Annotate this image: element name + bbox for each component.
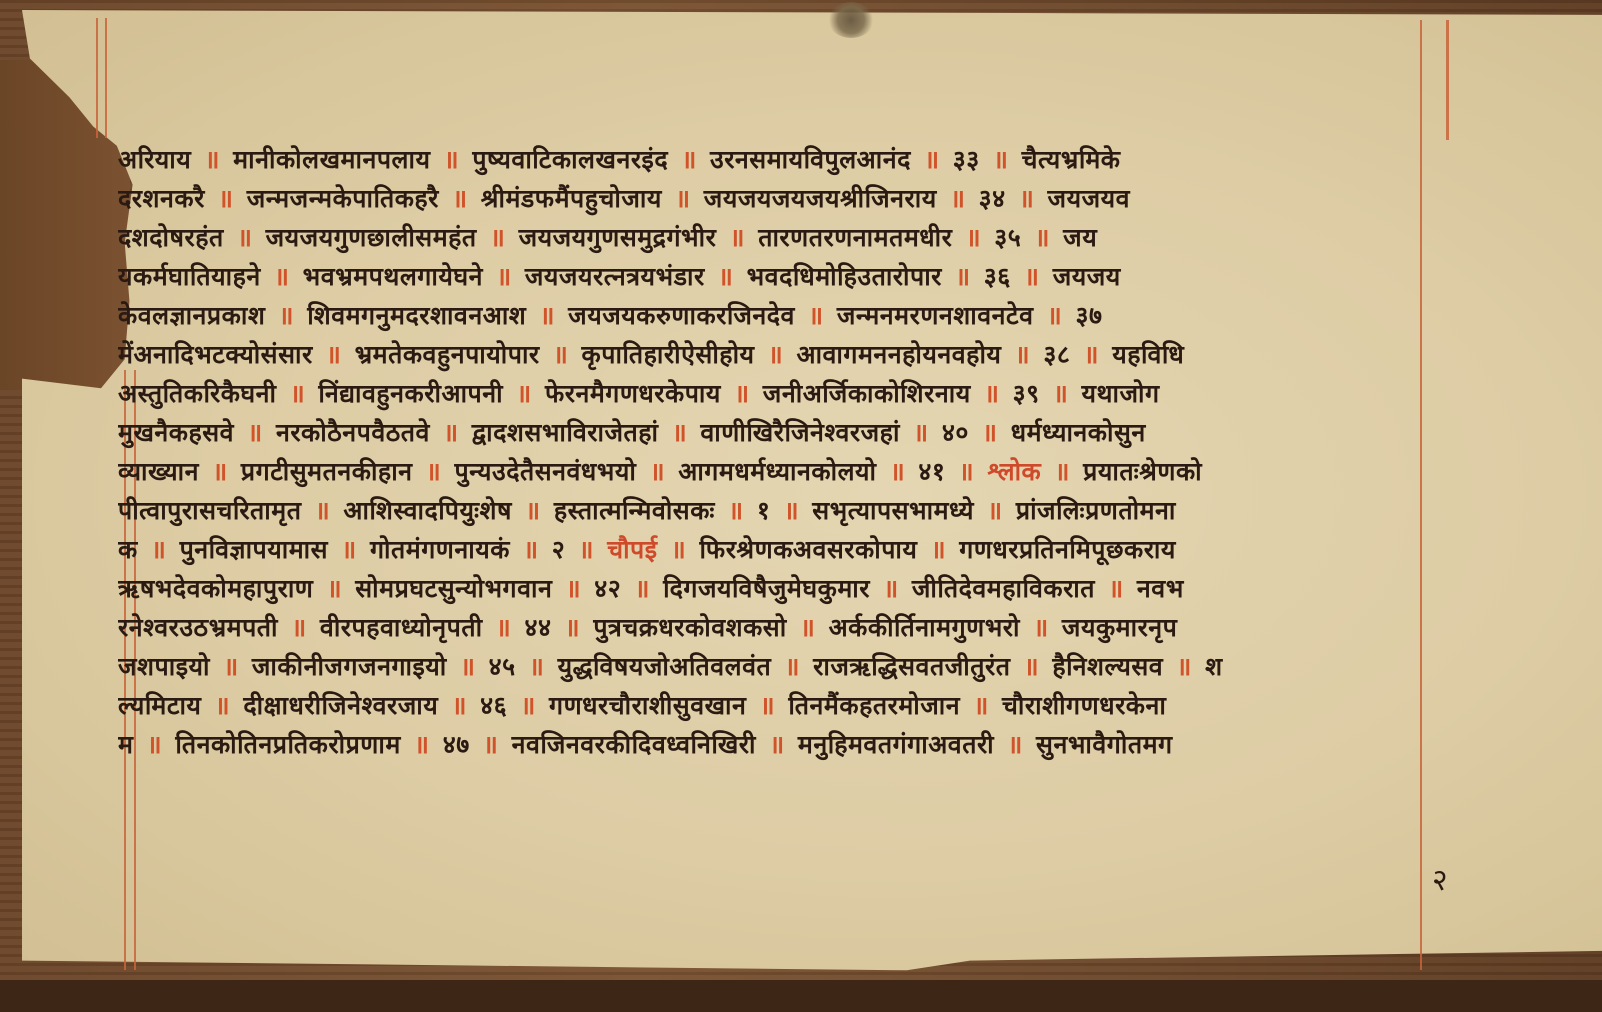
left-margin-rule-outer [96, 18, 98, 138]
folio-number: २ [1432, 858, 1448, 899]
text-line-8: मुखनैकहसवे ॥ नरकोठैनपवैठतवे ॥ द्वादशसभाव… [118, 413, 1438, 452]
text-line-6: मेंअनादिभटक्योसंसार ॥ भ्रमतेकवहुनपायोपार… [118, 335, 1438, 374]
right-margin-rule-inner [1446, 20, 1449, 140]
text-line-5: केवलज्ञानप्रकाश ॥ शिवमगनुमदरशावनआश ॥ जयज… [118, 296, 1438, 335]
ink-blot-stain [828, 2, 874, 38]
bottom-wood-edge [0, 980, 1602, 1012]
text-line-14: जशपाइयो ॥ जाकीनीजगजनगाइयो ॥ ४५ ॥ युद्धवि… [118, 647, 1438, 686]
text-line-10: पीत्वापुरासचरितामृत ॥ आशिस्वादपियुःशेष ॥… [118, 491, 1438, 530]
text-line-2: दरशनकरै ॥ जन्मजन्मकेपातिकहरै ॥ श्रीमंडफम… [118, 179, 1438, 218]
text-line-11: क ॥ पुनविज्ञापयामास ॥ गोतमंगणनायकं ॥ २ ॥… [118, 530, 1438, 569]
text-line-12: ऋषभदेवकोमहापुराण ॥ सोमप्रघटसुन्योभगवान ॥… [118, 569, 1438, 608]
text-line-16: म ॥ तिनकोतिनप्रतिकरोप्रणाम ॥ ४७ ॥ नवजिनव… [118, 725, 1438, 764]
text-line-3: दशदोषरहंत ॥ जयजयगुणछालीसमहंत ॥ जयजयगुणसम… [118, 218, 1438, 257]
text-line-4: यकर्मघातियाहने ॥ भवभ्रमपथलगायेघने ॥ जयजय… [118, 257, 1438, 296]
text-line-9: व्याख्यान ॥ प्रगटीसुमतनकीहान ॥ पुन्यउदेत… [118, 452, 1438, 491]
text-line-13: रनेश्वरउठभ्रमपती ॥ वीरपहवाध्योनृपती ॥ ४४… [118, 608, 1438, 647]
text-line-1: अरियाय ॥ मानीकोलखमानपलाय ॥ पुष्यवाटिकालख… [118, 140, 1438, 179]
text-line-7: अस्तुतिकरिकैघनी ॥ निंद्यावहुनकरीआपनी ॥ फ… [118, 374, 1438, 413]
text-line-15: ल्यमिटाय ॥ दीक्षाधरीजिनेश्वरजाय ॥ ४६ ॥ ग… [118, 686, 1438, 725]
manuscript-text-block: अरियाय ॥ मानीकोलखमानपलाय ॥ पुष्यवाटिकालख… [118, 140, 1438, 764]
left-margin-rule-inner [105, 18, 107, 138]
